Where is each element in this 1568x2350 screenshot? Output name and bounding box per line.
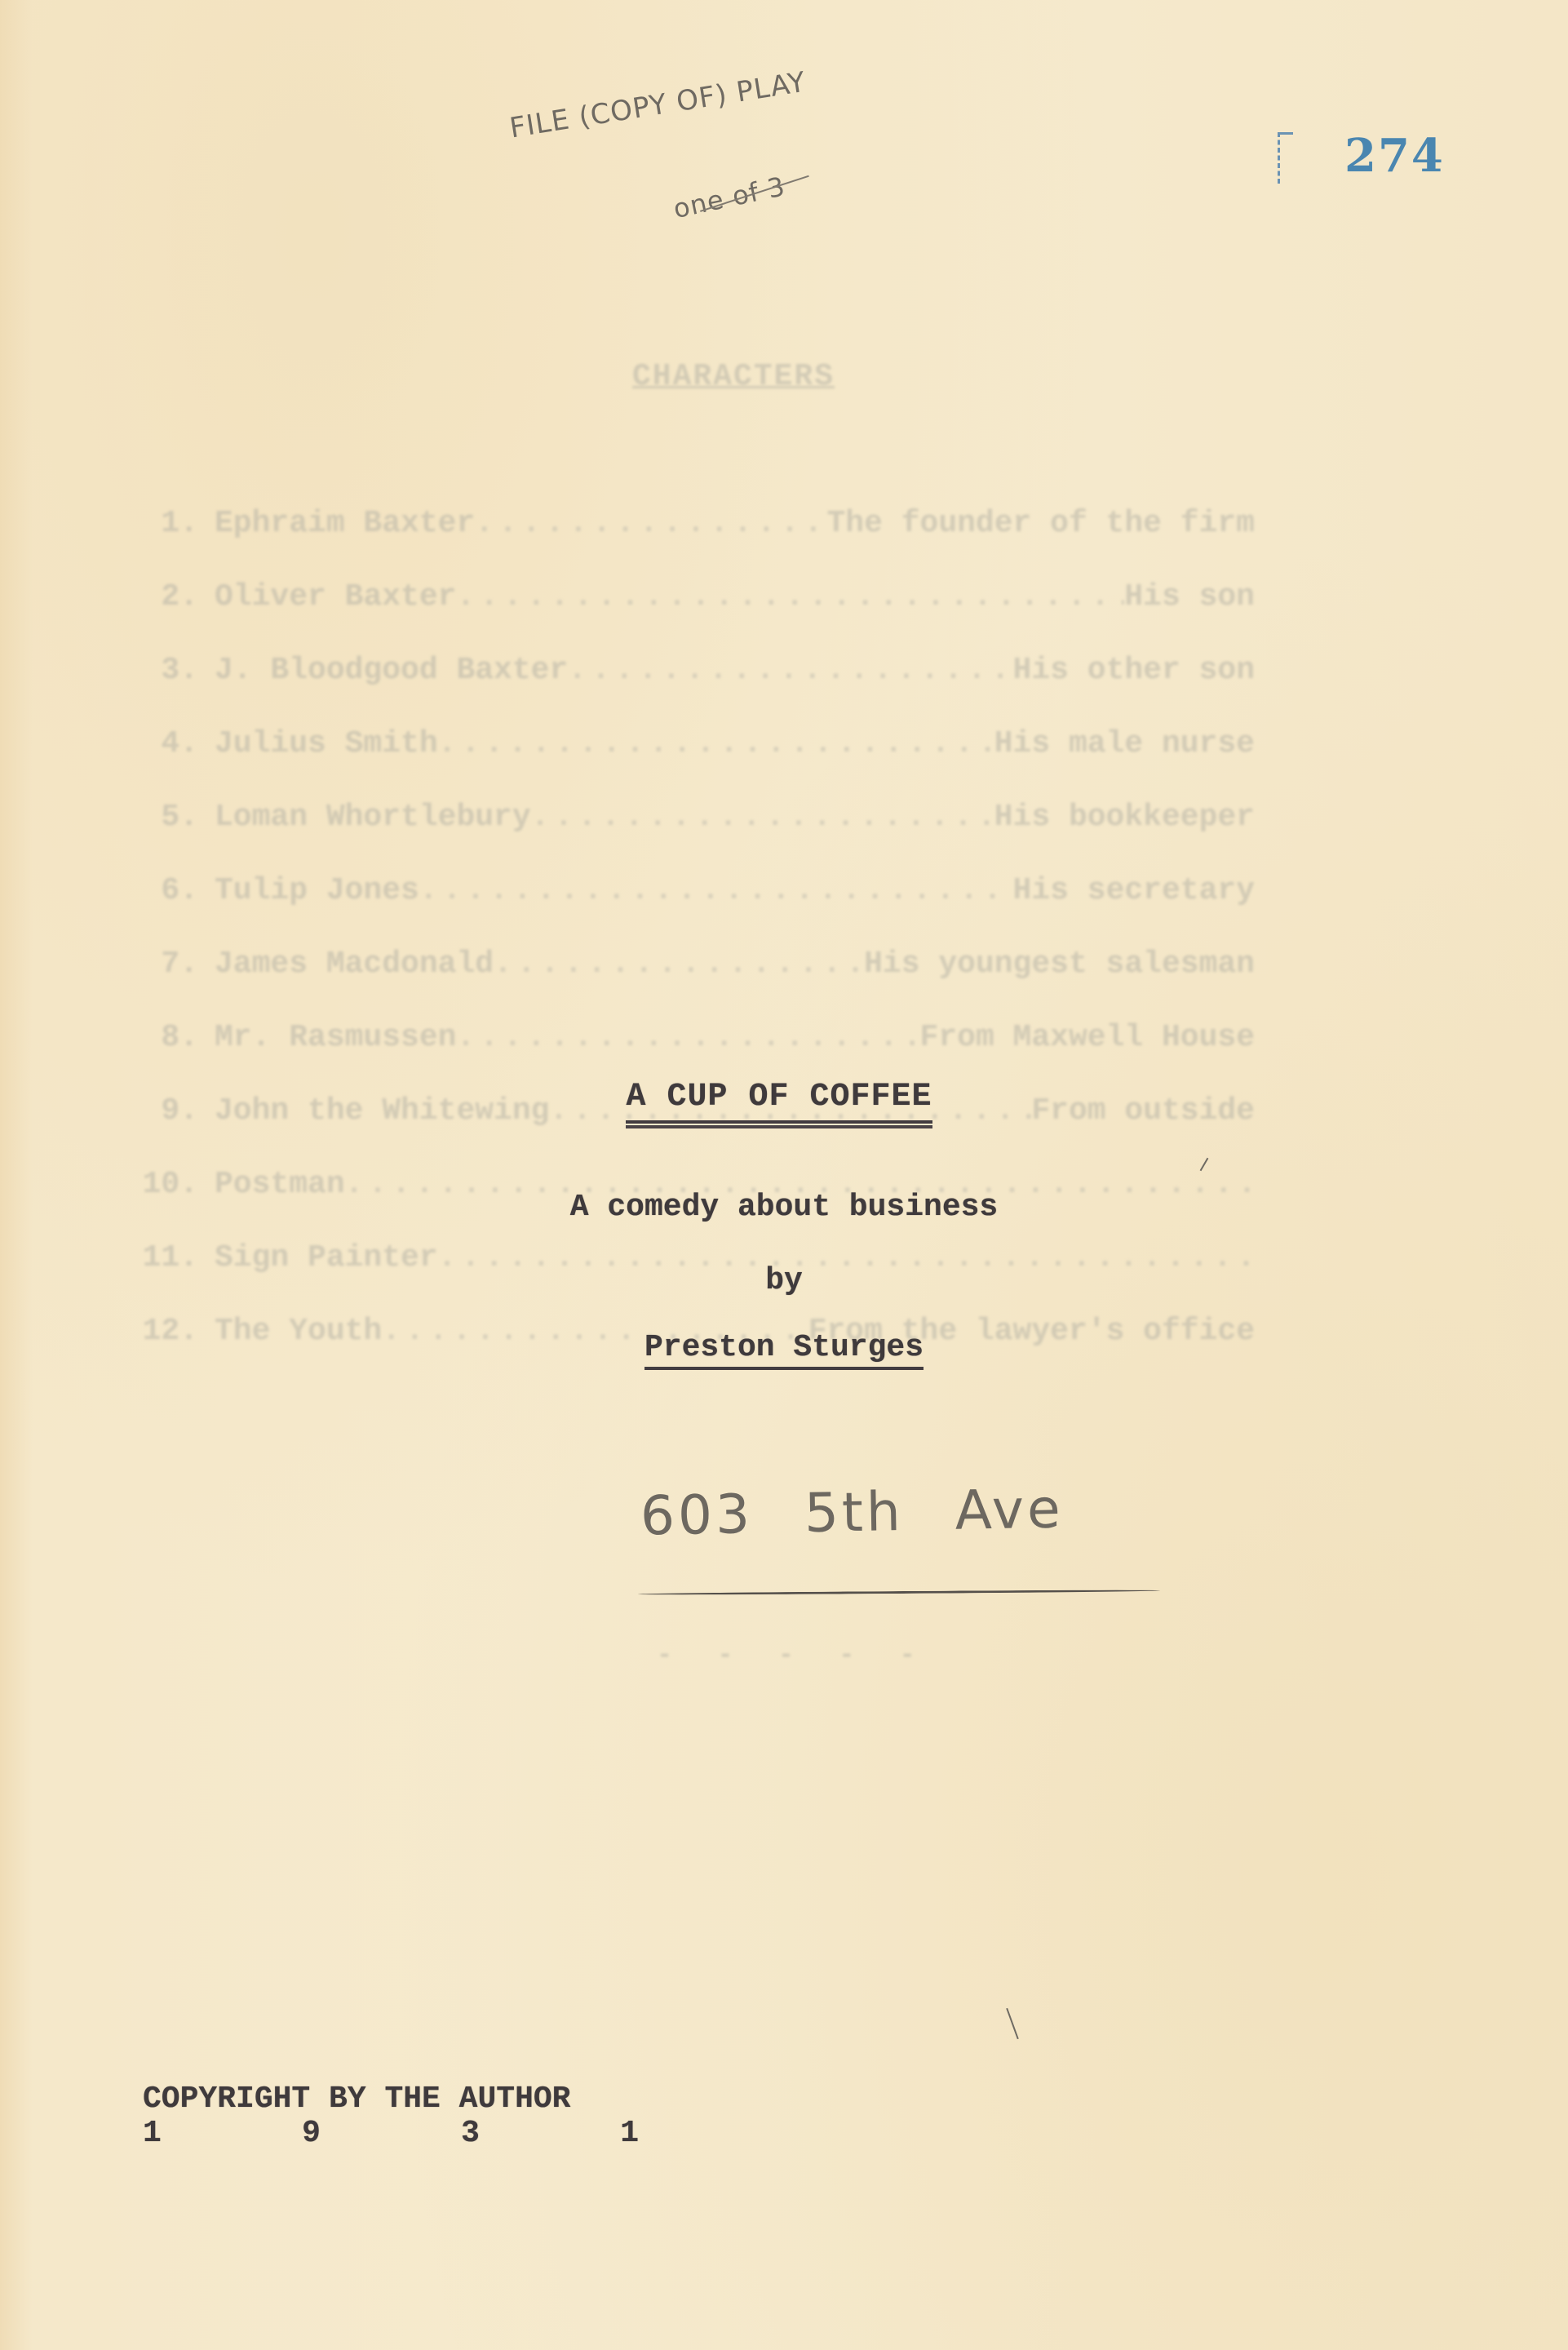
character-role: His male nurse bbox=[994, 726, 1255, 761]
play-title-text: A CUP OF COFFEE bbox=[626, 1079, 932, 1124]
year-digit: 1 bbox=[143, 2116, 162, 2151]
character-name: Oliver Baxter bbox=[215, 579, 456, 614]
character-role: From Maxwell House bbox=[920, 1020, 1255, 1055]
leader-dots: ........................................… bbox=[475, 506, 826, 541]
character-row: 5. Loman Whortlebury ...................… bbox=[113, 800, 1255, 840]
character-role: His son bbox=[1124, 579, 1255, 614]
character-role: His youngest salesman bbox=[864, 947, 1255, 982]
character-name: J. Bloodgood Baxter bbox=[215, 653, 568, 688]
character-number: 5. bbox=[113, 800, 215, 835]
character-number: 2. bbox=[113, 579, 215, 614]
author-name: Preston Sturges bbox=[0, 1330, 1568, 1370]
handwritten-address: 603 5th Ave bbox=[640, 1477, 1064, 1547]
year-digit: 1 bbox=[620, 2116, 639, 2151]
character-row: 4. Julius Smith ........................… bbox=[113, 726, 1255, 767]
leader-dots: ........................................… bbox=[568, 653, 1012, 688]
play-title: A CUP OF COFFEE bbox=[0, 1079, 1568, 1124]
byline-by: by bbox=[0, 1263, 1568, 1298]
character-name: Loman Whortlebury bbox=[215, 800, 531, 835]
leader-dots: ........................................… bbox=[456, 579, 1124, 614]
stamp-bracket-mark bbox=[1278, 132, 1293, 184]
year-digit: 3 bbox=[461, 2116, 480, 2151]
character-role: His other son bbox=[1013, 653, 1255, 688]
character-name: James Macdonald bbox=[215, 947, 494, 982]
play-subtitle: A comedy about business bbox=[0, 1190, 1568, 1225]
address-number: 603 bbox=[640, 1483, 753, 1547]
year-digit: 9 bbox=[302, 2116, 321, 2151]
character-number: 1. bbox=[113, 506, 215, 541]
leader-dots: ........................................… bbox=[531, 800, 994, 835]
leader-dots: ........................................… bbox=[419, 873, 1013, 908]
character-row: 8. Mr. Rasmussen .......................… bbox=[113, 1020, 1255, 1061]
copyright-line: COPYRIGHT BY THE AUTHOR bbox=[143, 2083, 571, 2116]
leader-dots: ........................................… bbox=[456, 1020, 919, 1055]
leader-dots: ........................................… bbox=[438, 726, 994, 761]
character-row: 3. J. Bloodgood Baxter .................… bbox=[113, 653, 1255, 694]
character-name: Mr. Rasmussen bbox=[215, 1020, 456, 1055]
character-number: 3. bbox=[113, 653, 215, 688]
leader-dots: ........................................… bbox=[494, 947, 864, 982]
character-name: Julius Smith bbox=[215, 726, 438, 761]
character-role: The founder of the firm bbox=[827, 506, 1256, 541]
character-row: 2. Oliver Baxter .......................… bbox=[113, 579, 1255, 620]
character-role: His bookkeeper bbox=[994, 800, 1255, 835]
address-suffix: Ave bbox=[955, 1477, 1064, 1541]
character-row: 6. Tulip Jones .........................… bbox=[113, 873, 1255, 914]
character-number: 4. bbox=[113, 726, 215, 761]
character-row: 7. James Macdonald .....................… bbox=[113, 947, 1255, 987]
bleed-through-dashes: - - - - - bbox=[657, 1640, 930, 1670]
page-stamp-number: 274 bbox=[1344, 129, 1445, 183]
character-number: 6. bbox=[113, 873, 215, 908]
address-street: 5th bbox=[804, 1480, 904, 1545]
character-number: 7. bbox=[113, 947, 215, 982]
copyright-year: 1 9 3 1 bbox=[143, 2116, 639, 2151]
character-role: His secretary bbox=[1013, 873, 1255, 908]
character-row: 1. Ephraim Baxter ......................… bbox=[113, 506, 1255, 547]
character-name: Ephraim Baxter bbox=[215, 506, 475, 541]
character-number: 8. bbox=[113, 1020, 215, 1055]
character-name: Tulip Jones bbox=[215, 873, 419, 908]
author-name-text: Preston Sturges bbox=[644, 1330, 924, 1370]
bleed-through-heading: CHARACTERS bbox=[632, 359, 835, 394]
